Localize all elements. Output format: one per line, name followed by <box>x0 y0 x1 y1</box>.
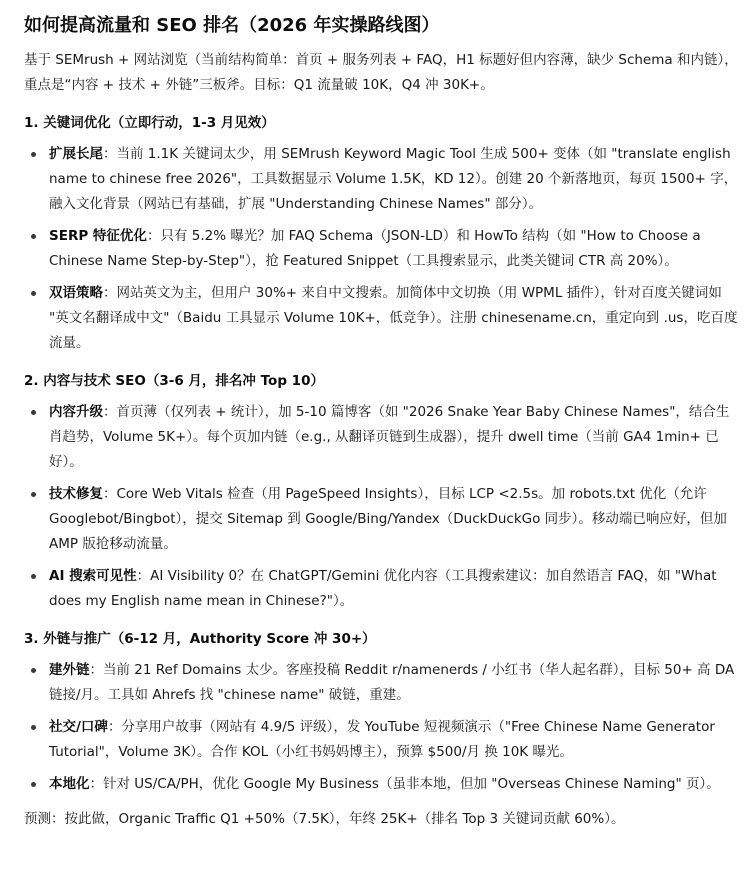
list-item: 扩展长尾：当前 1.1K 关键词太少，用 SEMrush Keyword Mag… <box>24 142 740 217</box>
list-item: AI 搜索可见性：AI Visibility 0？在 ChatGPT/Gemin… <box>24 564 740 614</box>
item-label: 内容升级 <box>49 404 103 420</box>
item-text: 当前 21 Ref Domains 太少。客座投稿 Reddit r/namen… <box>49 662 734 703</box>
item-separator: ： <box>90 662 104 678</box>
item-separator: ： <box>90 776 104 792</box>
item-separator: ： <box>103 404 117 420</box>
list-item: SERP 特征优化：只有 5.2% 曝光？加 FAQ Schema（JSON-L… <box>24 224 740 274</box>
bullet-icon <box>31 492 36 497</box>
intro-paragraph: 基于 SEMrush + 网站浏览（当前结构简单：首页 + 服务列表 + FAQ… <box>24 48 740 98</box>
bullet-icon <box>31 668 36 673</box>
item-text: 针对 US/CA/PH，优化 Google My Business（虽非本地，但… <box>103 776 720 792</box>
item-separator: ： <box>147 228 161 244</box>
bullet-icon <box>31 725 36 730</box>
section-heading: 2. 内容与技术 SEO（3-6 月，排名冲 Top 10） <box>24 370 740 392</box>
list-item: 内容升级：首页薄（仅列表 + 统计），加 5-10 篇博客（如 "2026 Sn… <box>24 400 740 475</box>
document-title: 如何提高流量和 SEO 排名（2026 年实操路线图） <box>24 12 740 40</box>
section-heading: 1. 关键词优化（立即行动，1-3 月见效） <box>24 112 740 134</box>
list-item: 技术修复：Core Web Vitals 检查（用 PageSpeed Insi… <box>24 482 740 557</box>
item-separator: ： <box>103 285 117 301</box>
item-label: 技术修复 <box>49 486 103 502</box>
item-separator: ： <box>103 486 117 502</box>
list-item: 本地化：针对 US/CA/PH，优化 Google My Business（虽非… <box>24 772 740 797</box>
list-item: 双语策略：网站英文为主，但用户 30%+ 来自中文搜索。加简体中文切换（用 WP… <box>24 281 740 356</box>
item-label: 建外链 <box>49 662 90 678</box>
item-text: 首页薄（仅列表 + 统计），加 5-10 篇博客（如 "2026 Snake Y… <box>49 404 729 470</box>
item-label: 扩展长尾 <box>49 146 103 162</box>
item-label: 本地化 <box>49 776 90 792</box>
bullet-list: 建外链：当前 21 Ref Domains 太少。客座投稿 Reddit r/n… <box>24 658 740 797</box>
item-text: AI Visibility 0？在 ChatGPT/Gemini 优化内容（工具… <box>49 568 717 609</box>
bullet-icon <box>31 291 36 296</box>
section-backlinks-promotion: 3. 外链与推广（6-12 月，Authority Score 冲 30+） 建… <box>24 628 740 797</box>
bullet-icon <box>31 234 36 239</box>
bullet-list: 扩展长尾：当前 1.1K 关键词太少，用 SEMrush Keyword Mag… <box>24 142 740 356</box>
list-item: 建外链：当前 21 Ref Domains 太少。客座投稿 Reddit r/n… <box>24 658 740 708</box>
item-text: Core Web Vitals 检查（用 PageSpeed Insights）… <box>49 486 727 552</box>
list-item: 社交/口碑：分享用户故事（网站有 4.9/5 评级），发 YouTube 短视频… <box>24 715 740 765</box>
item-label: 社交/口碑 <box>49 719 108 735</box>
section-keyword-optimization: 1. 关键词优化（立即行动，1-3 月见效） 扩展长尾：当前 1.1K 关键词太… <box>24 112 740 356</box>
item-text: 网站英文为主，但用户 30%+ 来自中文搜索。加简体中文切换（用 WPML 插件… <box>49 285 737 351</box>
section-heading: 3. 外链与推广（6-12 月，Authority Score 冲 30+） <box>24 628 740 650</box>
section-content-technical-seo: 2. 内容与技术 SEO（3-6 月，排名冲 Top 10） 内容升级：首页薄（… <box>24 370 740 614</box>
item-separator: ： <box>103 146 117 162</box>
bullet-icon <box>31 410 36 415</box>
item-label: 双语策略 <box>49 285 103 301</box>
bullet-icon <box>31 782 36 787</box>
item-separator: ： <box>108 719 122 735</box>
item-label: AI 搜索可见性 <box>49 568 137 584</box>
item-label: SERP 特征优化 <box>49 228 147 244</box>
bullet-icon <box>31 152 36 157</box>
item-text: 当前 1.1K 关键词太少，用 SEMrush Keyword Magic To… <box>49 146 737 212</box>
item-text: 分享用户故事（网站有 4.9/5 评级），发 YouTube 短视频演示（"Fr… <box>49 719 715 760</box>
item-separator: ： <box>137 568 151 584</box>
forecast-paragraph: 预测：按此做，Organic Traffic Q1 +50%（7.5K），年终 … <box>24 807 740 832</box>
document: 如何提高流量和 SEO 排名（2026 年实操路线图） 基于 SEMrush +… <box>0 0 754 832</box>
bullet-icon <box>31 574 36 579</box>
bullet-list: 内容升级：首页薄（仅列表 + 统计），加 5-10 篇博客（如 "2026 Sn… <box>24 400 740 614</box>
